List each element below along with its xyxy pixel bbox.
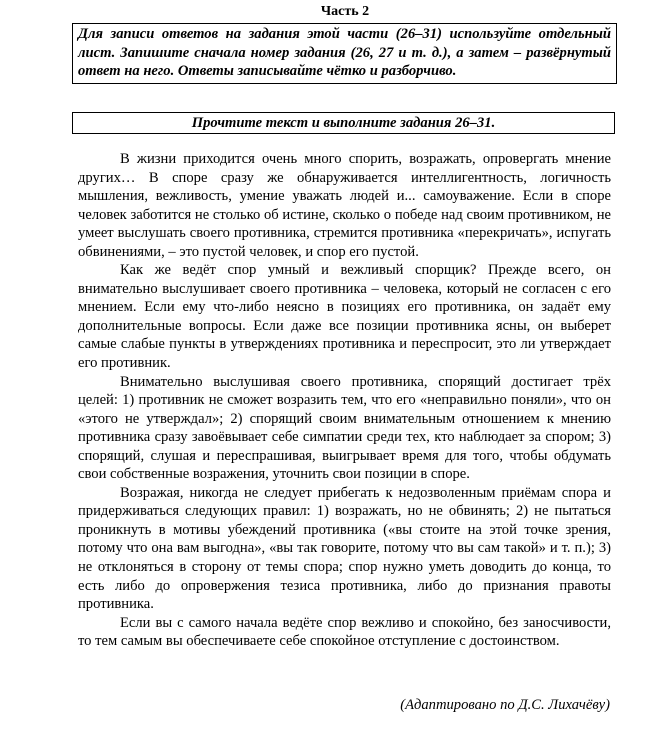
paragraph: В жизни приходится очень много спорить, … bbox=[78, 150, 611, 261]
paragraph: Как же ведёт спор умный и вежливый спорщ… bbox=[78, 261, 611, 372]
part-title: Часть 2 bbox=[0, 4, 672, 20]
task-prompt-box: Прочтите текст и выполните задания 26–31… bbox=[72, 112, 615, 134]
paragraph: Если вы с самого начала ведёте спор вежл… bbox=[78, 614, 611, 651]
reading-text: В жизни приходится очень много спорить, … bbox=[78, 150, 611, 651]
paragraph: Внимательно выслушивая своего противника… bbox=[78, 373, 611, 484]
paragraph: Возражая, никогда не следует прибегать к… bbox=[78, 484, 611, 614]
instructions-box: Для записи ответов на задания этой части… bbox=[72, 23, 617, 84]
source-attribution: (Адаптировано по Д.С. Лихачёву) bbox=[400, 696, 610, 714]
